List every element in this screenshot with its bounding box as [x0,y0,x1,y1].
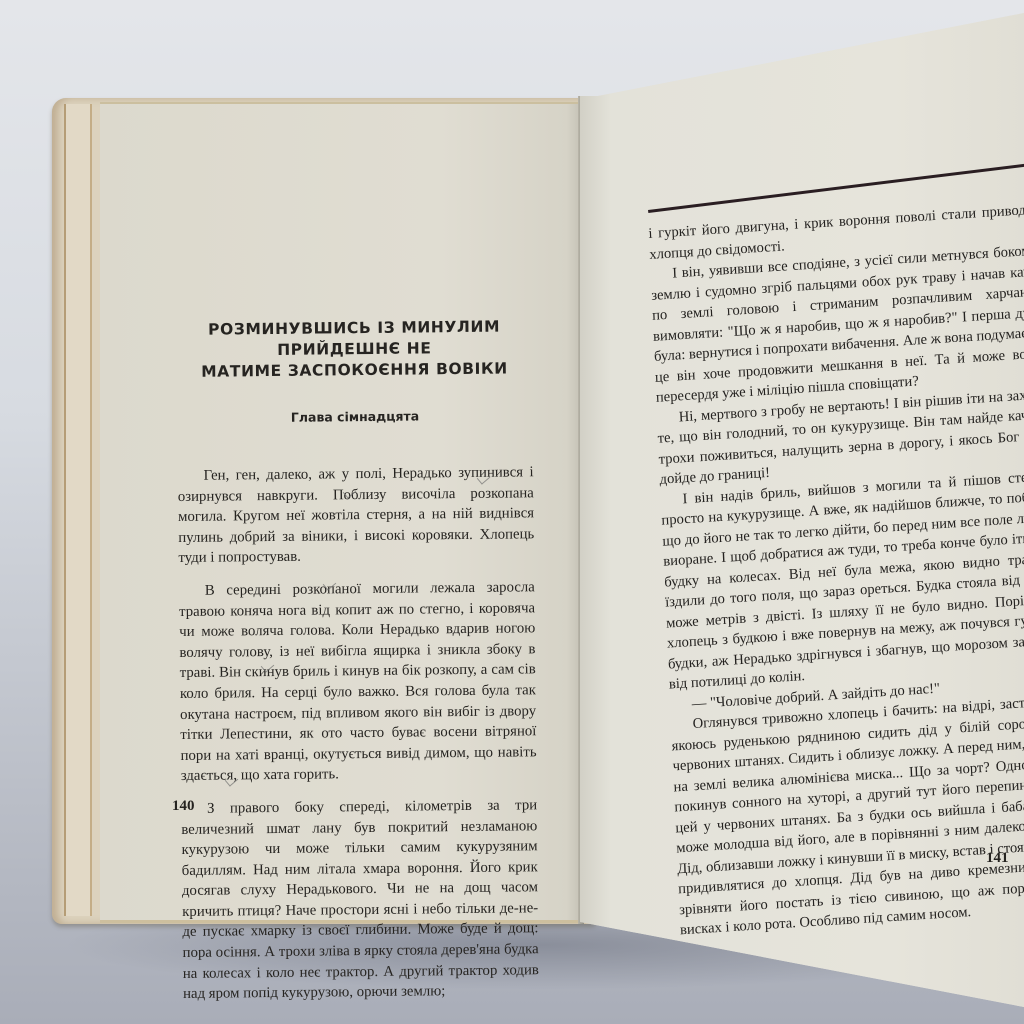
paragraph: І він надів бриль, вийшов з могили та й … [660,465,1024,695]
paragraph: З правого боку спереді, кілометрів за тр… [181,795,539,1005]
page-number-right: 141 [986,850,1009,867]
left-page-text: РОЗМИНУВШИСЬ ІЗ МИНУЛИМ ПРИЙДЕШНЄ НЕ МАТ… [176,316,539,1017]
chapter-title-line-2: МАТИМЕ ЗАСПОКОЄННЯ ВОВІКИ [176,358,532,383]
chapter-title: РОЗМИНУВШИСЬ ІЗ МИНУЛИМ ПРИЙДЕШНЄ НЕ МАТ… [176,316,533,383]
paragraph: Оглянувся тривожно хлопець і бачить: на … [670,690,1024,940]
photo-scene: РОЗМИНУВШИСЬ ІЗ МИНУЛИМ ПРИЙДЕШНЄ НЕ МАТ… [0,0,1024,1024]
chapter-subtitle: Глава сімнадцята [177,407,533,426]
paragraph: В середині розкопаної могили лежала заро… [179,577,537,787]
page-number-left: 140 [172,798,195,815]
paragraph: І він, уявивши все сподіяне, з усієї сил… [650,240,1024,408]
left-page: РОЗМИНУВШИСЬ ІЗ МИНУЛИМ ПРИЙДЕШНЄ НЕ МАТ… [100,102,586,923]
chapter-title-line-1: РОЗМИНУВШИСЬ ІЗ МИНУЛИМ ПРИЙДЕШНЄ НЕ [176,316,532,362]
right-page-text: і гуркіт його двигуна, і крик вороння по… [648,199,1024,941]
